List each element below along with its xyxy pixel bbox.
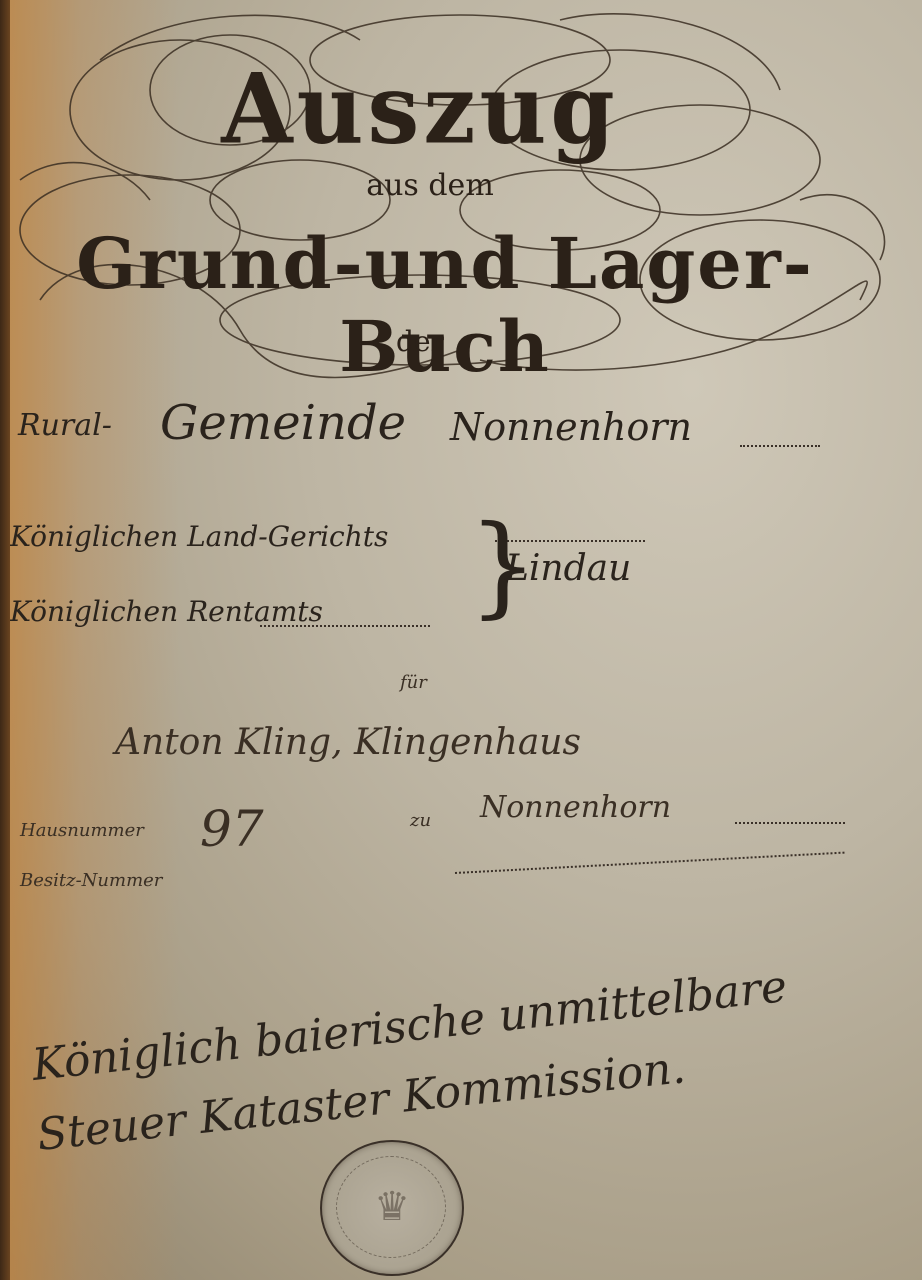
hausnummer-value: 97 xyxy=(200,800,264,858)
gemeinde-prefix: Rural- xyxy=(18,408,112,443)
rentamt-label: Königlichen Rentamts xyxy=(10,595,323,628)
official-seal-stamp: ♛ xyxy=(320,1140,464,1276)
crown-crest-icon: ♛ xyxy=(362,1172,422,1242)
ort-dotted-line xyxy=(735,822,845,824)
district-value: Lindau xyxy=(505,548,631,589)
document-page: Auszug aus dem Grund-und Lager-Buch der … xyxy=(0,0,922,1280)
document-subtitle: aus dem xyxy=(330,168,530,203)
owner-name: Anton Kling, Klingenhaus xyxy=(115,722,581,763)
ort-prefix: zu xyxy=(410,810,431,831)
gemeinde-dotted-line xyxy=(740,445,820,447)
besitz-dotted-line xyxy=(455,852,845,874)
rentamt-dotted-line xyxy=(260,625,430,627)
hausnummer-label: Hausnummer xyxy=(20,820,144,841)
besitz-nummer-label: Besitz-Nummer xyxy=(20,870,162,891)
landgericht-label: Königlichen Land-Gerichts xyxy=(10,520,388,553)
gemeinde-value: Nonnenhorn xyxy=(450,405,692,449)
document-title-der: der xyxy=(370,325,470,358)
document-title: Auszug xyxy=(140,52,700,165)
gemeinde-label: Gemeinde xyxy=(160,395,406,451)
ort-value: Nonnenhorn xyxy=(480,790,671,825)
fuer-label: für xyxy=(400,672,427,693)
document-book-title: Grund-und Lager-Buch xyxy=(50,222,840,388)
